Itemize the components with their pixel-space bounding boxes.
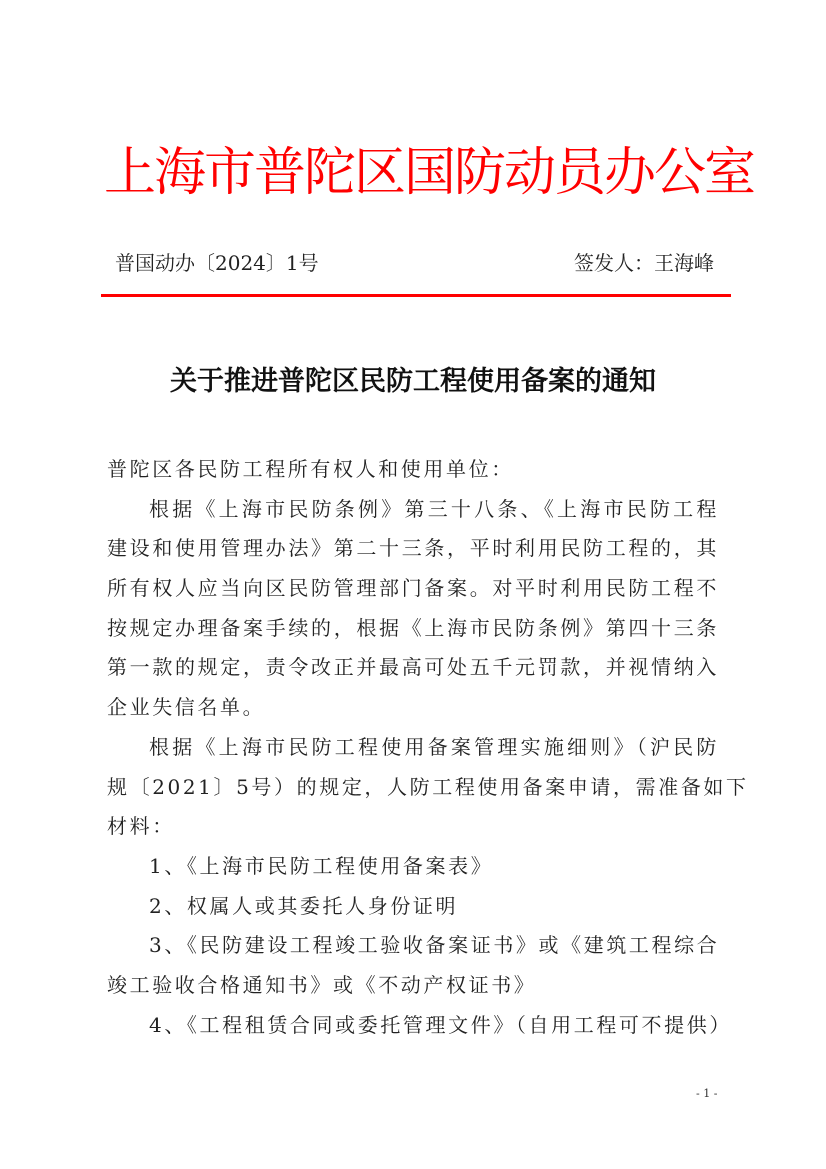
document-title: 关于推进普陀区民防工程使用备案的通知: [100, 362, 726, 402]
material-item-4: 4、《工程租赁合同或委托管理文件》（自用工程可不提供）: [107, 1006, 719, 1046]
material-item-1: 1、《上海市民防工程使用备案表》: [107, 847, 719, 887]
issuer-signature: 签发人：王海峰: [574, 249, 714, 277]
page-number: - 1 -: [696, 1086, 717, 1102]
document-page: 上海市普陀区国防动员办公室 普国动办〔2024〕1号 签发人：王海峰 关于推进普…: [0, 0, 826, 1169]
red-separator-rule: [101, 294, 731, 297]
paragraph-1-line-1: 根据《上海市民防条例》第三十八条、《上海市民防工程: [107, 490, 719, 530]
paragraph-2-line-1: 根据《上海市民防工程使用备案管理实施细则》（沪民防: [107, 728, 719, 768]
paragraph-1-line-5: 第一款的规定，责令改正并最高可处五千元罚款，并视情纳入: [107, 648, 719, 688]
material-item-2: 2、权属人或其委托人身份证明: [107, 887, 719, 927]
material-item-3-line-1: 3、《民防建设工程竣工验收备案证书》或《建筑工程综合: [107, 926, 719, 966]
document-body: 普陀区各民防工程所有权人和使用单位： 根据《上海市民防条例》第三十八条、《上海市…: [107, 450, 719, 1045]
paragraph-1-line-2: 建设和使用管理办法》第二十三条，平时利用民防工程的，其: [107, 529, 719, 569]
paragraph-2-line-3: 材料：: [107, 807, 719, 847]
paragraph-1-line-4: 按规定办理备案手续的，根据《上海市民防条例》第四十三条: [107, 609, 719, 649]
paragraph-2-line-2: 规〔2021〕5号）的规定，人防工程使用备案申请，需准备如下: [107, 768, 719, 808]
paragraph-1-line-6: 企业失信名单。: [107, 688, 719, 728]
material-item-3-line-2: 竣工验收合格通知书》或《不动产权证书》: [107, 966, 719, 1006]
document-number: 普国动办〔2024〕1号: [115, 249, 319, 277]
paragraph-1-line-3: 所有权人应当向区民防管理部门备案。对平时利用民防工程不: [107, 569, 719, 609]
salutation: 普陀区各民防工程所有权人和使用单位：: [107, 450, 719, 490]
masthead-title: 上海市普陀区国防动员办公室: [104, 138, 724, 208]
